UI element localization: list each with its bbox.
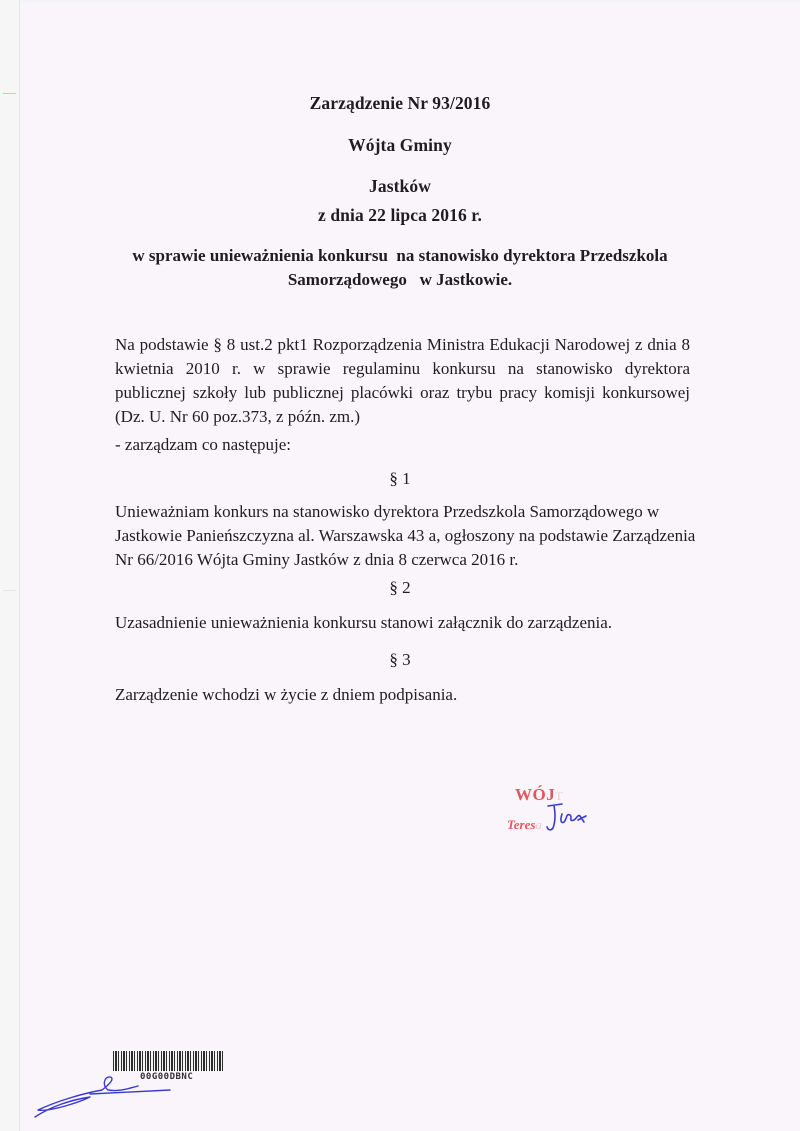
official-stamp-name: Teresa [507, 817, 542, 833]
municipality-name: Jastków [0, 176, 800, 197]
barcode [113, 1051, 223, 1071]
signature-icon [30, 1072, 180, 1122]
section-mark-3: § 3 [0, 650, 800, 670]
section-2-text: Uzasadnienie unieważnienia konkursu stan… [115, 611, 690, 635]
section-1-text: Unieważniam konkurs na stanowisko dyrekt… [115, 500, 705, 572]
section-mark-2: § 2 [0, 578, 800, 598]
document-title: Zarządzenie Nr 93/2016 [0, 93, 800, 114]
document-date: z dnia 22 lipca 2016 r. [0, 205, 800, 226]
subject-line-2: Samorządowego w Jastkowie. [0, 268, 800, 292]
legal-basis-paragraph: Na podstawie § 8 ust.2 pkt1 Rozporządzen… [115, 333, 690, 429]
scan-margin-strip [0, 0, 20, 1131]
subject-line-1: w sprawie unieważnienia konkursu na stan… [0, 244, 800, 268]
stamp-text: Teres [507, 817, 535, 832]
decree-intro: - zarządzam co następuje: [115, 433, 690, 457]
issuer-title: Wójta Gminy [0, 135, 800, 156]
signature-icon [540, 800, 600, 834]
section-3-text: Zarządzenie wchodzi w życie z dniem podp… [115, 683, 690, 707]
section-mark-1: § 1 [0, 469, 800, 489]
